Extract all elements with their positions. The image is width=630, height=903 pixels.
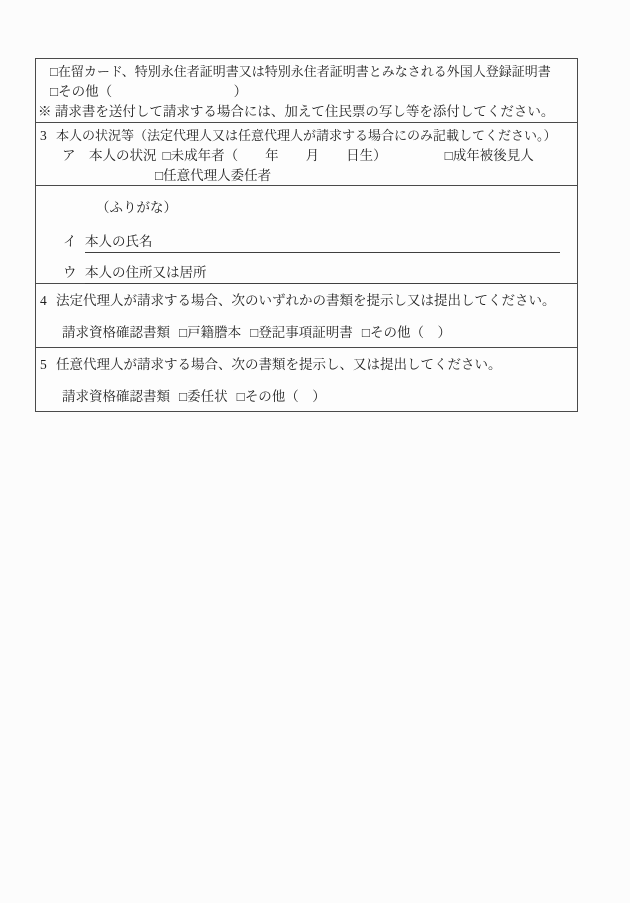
section-title: 法定代理人が請求する場合、次のいずれかの書類を提示し又は提出してください。 bbox=[56, 291, 556, 311]
section-3-title-line: 3 本人の状況等（法定代理人又は任意代理人が請求する場合にのみ記載してください。… bbox=[36, 126, 577, 146]
checkbox-item-minor[interactable]: □未成年者（ 年 月 日生） bbox=[163, 146, 387, 166]
checkbox-item-other[interactable]: □その他（ ） bbox=[50, 82, 247, 102]
checkbox-icon: □ bbox=[250, 323, 258, 343]
document-page: □在留カード、特別永住者証明書又は特別永住者証明書とみなされる外国人登録証明書 … bbox=[0, 0, 630, 903]
checkbox-label: その他（ ） bbox=[58, 82, 247, 102]
checkbox-item-koseki[interactable]: □戸籍謄本 bbox=[179, 323, 241, 343]
section-title: 任意代理人が請求する場合、次の書類を提示し、又は提出してください。 bbox=[56, 355, 502, 375]
section-3-status-line: ア 本人の状況 □未成年者（ 年 月 日生） □成年被後見人 bbox=[36, 146, 577, 166]
section-number: 3 bbox=[36, 126, 56, 146]
furigana-label: （ふりがな） bbox=[36, 198, 577, 218]
checkbox-label: その他（ ） bbox=[245, 387, 326, 407]
attachment-note: ※ 請求書を送付して請求する場合には、加えて住民票の写し等を添付してください。 bbox=[36, 102, 577, 122]
checkbox-icon: □ bbox=[155, 166, 163, 186]
checkbox-icon: □ bbox=[163, 146, 171, 166]
name-field-row: イ 本人の氏名 bbox=[63, 230, 560, 253]
checkbox-icon: □ bbox=[179, 323, 187, 343]
section-5-title-line: 5 任意代理人が請求する場合、次の書類を提示し、又は提出してください。 bbox=[36, 355, 577, 375]
docs-label: 請求資格確認書類 bbox=[62, 323, 170, 343]
attachment-line-residence-card: □在留カード、特別永住者証明書又は特別永住者証明書とみなされる外国人登録証明書 bbox=[36, 62, 577, 82]
status-row-label: ア 本人の状況 bbox=[62, 146, 157, 166]
section-5-voluntary-representative: 5 任意代理人が請求する場合、次の書類を提示し、又は提出してください。 請求資格… bbox=[36, 348, 577, 411]
checkbox-icon: □ bbox=[362, 323, 370, 343]
checkbox-item-touki[interactable]: □登記事項証明書 bbox=[250, 323, 353, 343]
note-text: ※ 請求書を送付して請求する場合には、加えて住民票の写し等を添付してください。 bbox=[38, 102, 554, 122]
address-field-prefix: ウ bbox=[63, 261, 85, 281]
checkbox-icon: □ bbox=[50, 82, 58, 102]
section-title: 本人の状況等（法定代理人又は任意代理人が請求する場合にのみ記載してください。） bbox=[56, 126, 557, 146]
section-number: 5 bbox=[36, 355, 56, 375]
checkbox-item-adult-ward[interactable]: □成年被後見人 bbox=[445, 146, 534, 166]
checkbox-icon: □ bbox=[237, 387, 245, 407]
checkbox-item-other-doc[interactable]: □その他（ ） bbox=[237, 387, 326, 407]
address-field-row: ウ 本人の住所又は居所 bbox=[63, 261, 560, 284]
section-3-identity-fields: （ふりがな） イ 本人の氏名 ウ 本人の住所又は居所 bbox=[36, 186, 577, 284]
address-input-line[interactable]: 本人の住所又は居所 bbox=[85, 263, 560, 284]
checkbox-item-ininjou[interactable]: □委任状 bbox=[179, 387, 228, 407]
section-attachment-docs: □在留カード、特別永住者証明書又は特別永住者証明書とみなされる外国人登録証明書 … bbox=[36, 59, 577, 123]
checkbox-label: 戸籍謄本 bbox=[187, 323, 241, 343]
checkbox-label: 未成年者（ 年 月 日生） bbox=[171, 146, 387, 166]
checkbox-icon: □ bbox=[179, 387, 187, 407]
checkbox-label: 成年被後見人 bbox=[453, 146, 534, 166]
checkbox-label: 委任状 bbox=[187, 387, 228, 407]
request-form-table: □在留カード、特別永住者証明書又は特別永住者証明書とみなされる外国人登録証明書 … bbox=[35, 58, 578, 412]
name-field-label: 本人の氏名 bbox=[85, 234, 153, 249]
attachment-line-other: □その他（ ） bbox=[36, 82, 577, 102]
checkbox-item-voluntary-delegator[interactable]: □任意代理人委任者 bbox=[155, 166, 271, 186]
section-4-title-line: 4 法定代理人が請求する場合、次のいずれかの書類を提示し又は提出してください。 bbox=[36, 291, 577, 311]
checkbox-icon: □ bbox=[50, 62, 58, 82]
section-4-legal-representative: 4 法定代理人が請求する場合、次のいずれかの書類を提示し又は提出してください。 … bbox=[36, 284, 577, 348]
checkbox-item-residence-card[interactable]: □在留カード、特別永住者証明書又は特別永住者証明書とみなされる外国人登録証明書 bbox=[50, 62, 551, 82]
docs-label: 請求資格確認書類 bbox=[62, 387, 170, 407]
address-field-label: 本人の住所又は居所 bbox=[85, 265, 207, 280]
furigana-text: （ふりがな） bbox=[96, 198, 177, 218]
section-3-status: 3 本人の状況等（法定代理人又は任意代理人が請求する場合にのみ記載してください。… bbox=[36, 123, 577, 186]
section-5-docs-line: 請求資格確認書類 □委任状 □その他（ ） bbox=[36, 387, 577, 407]
name-field-prefix: イ bbox=[63, 230, 85, 250]
section-number: 4 bbox=[36, 291, 56, 311]
checkbox-label: 任意代理人委任者 bbox=[163, 166, 271, 186]
name-input-line[interactable]: 本人の氏名 bbox=[85, 232, 560, 253]
checkbox-label: 在留カード、特別永住者証明書又は特別永住者証明書とみなされる外国人登録証明書 bbox=[58, 62, 551, 82]
checkbox-label: 登記事項証明書 bbox=[258, 323, 353, 343]
checkbox-item-other-doc[interactable]: □その他（ ） bbox=[362, 323, 451, 343]
section-3-delegator-line: □任意代理人委任者 bbox=[36, 166, 577, 186]
checkbox-label: その他（ ） bbox=[370, 323, 451, 343]
section-4-docs-line: 請求資格確認書類 □戸籍謄本 □登記事項証明書 □その他（ ） bbox=[36, 323, 577, 343]
checkbox-icon: □ bbox=[445, 146, 453, 166]
